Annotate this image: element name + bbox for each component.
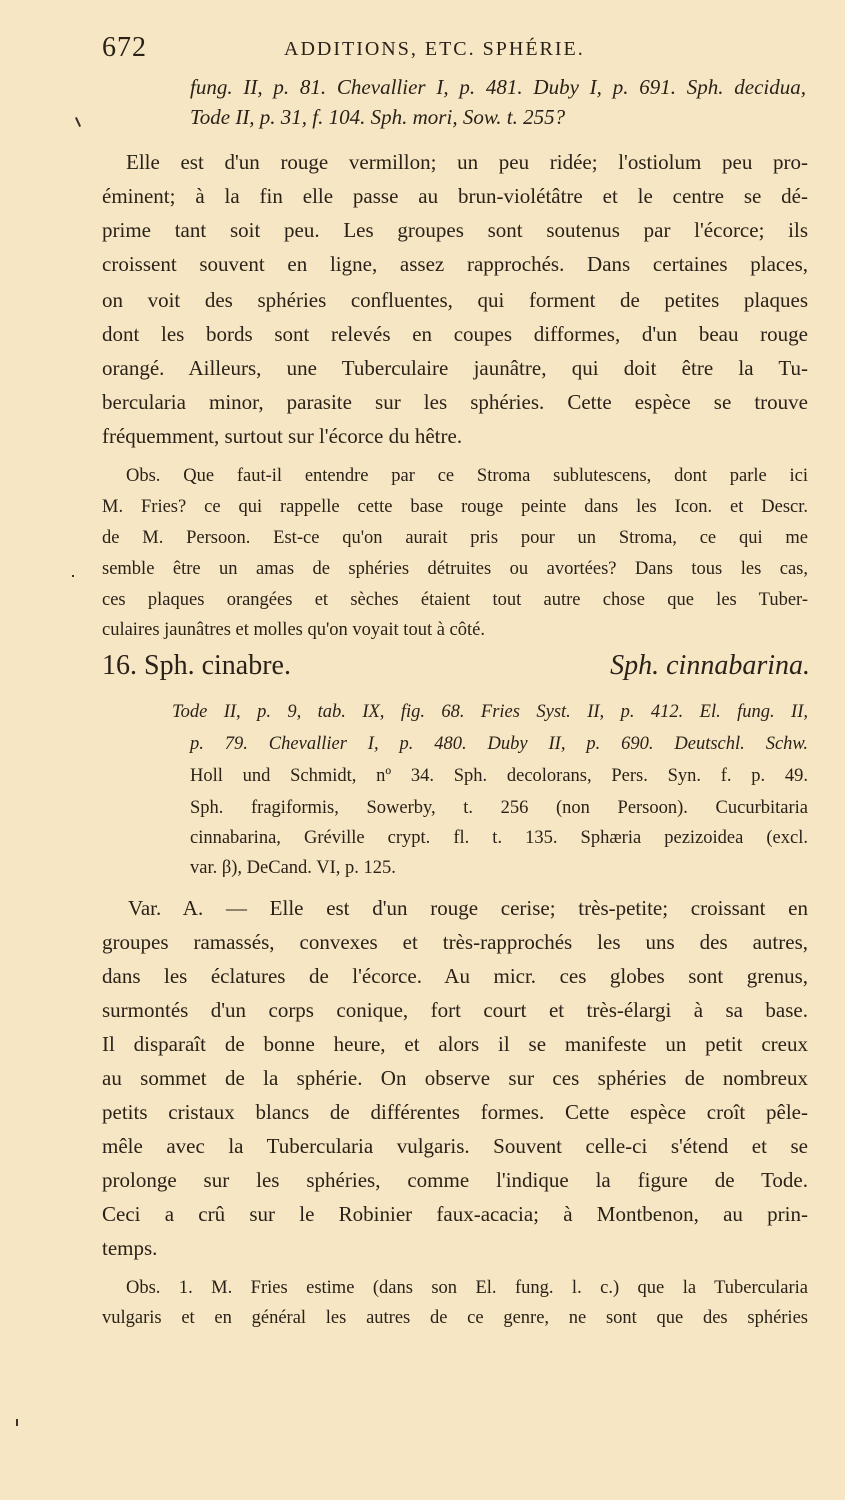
observation-line: vulgaris et en général les autres de ce …: [102, 1308, 808, 1329]
print-mark: [72, 575, 74, 577]
variety-line: au sommet de la sphérie. On observe sur …: [102, 1066, 808, 1091]
variety-line: temps.: [102, 1236, 157, 1261]
species-heading-latin: Sph. cinnabarina.: [610, 650, 810, 682]
page-number: 672: [102, 32, 147, 64]
citation-line: Sph. fragiformis, Sowerby, t. 256 (non P…: [190, 798, 808, 819]
paragraph-line: fréquemment, surtout sur l'écorce du hêt…: [102, 424, 462, 449]
book-page: 672 ADDITIONS, ETC. SPHÉRIE. fung. II, p…: [0, 0, 845, 1500]
paragraph-line: orangé. Ailleurs, une Tuberculaire jaunâ…: [102, 356, 808, 381]
citation-line: p. 79. Chevallier I, p. 480. Duby II, p.…: [190, 734, 808, 755]
observation-line: ces plaques orangées et sèches étaient t…: [102, 590, 808, 611]
citation-line: var. β), DeCand. VI, p. 125.: [190, 858, 396, 879]
observation-line: culaires jaunâtres et molles qu'on voyai…: [102, 620, 485, 641]
paragraph-line: bercularia minor, parasite sur les sphér…: [102, 390, 808, 415]
citation-line: Tode II, p. 9, tab. IX, fig. 68. Fries S…: [172, 702, 808, 723]
citation-line: Tode II, p. 31, f. 104. Sph. mori, Sow. …: [190, 105, 565, 130]
observation-line: de M. Persoon. Est-ce qu'on aurait pris …: [102, 528, 808, 549]
variety-line: prolonge sur les sphéries, comme l'indiq…: [102, 1168, 808, 1193]
observation-line: Obs. 1. M. Fries estime (dans son El. fu…: [126, 1278, 808, 1299]
observation-line: semble être un amas de sphéries détruite…: [102, 559, 808, 580]
variety-line: petits cristaux blancs de différentes fo…: [102, 1100, 808, 1125]
variety-line: surmontés d'un corps conique, fort court…: [102, 998, 808, 1023]
paragraph-line: croissent souvent en ligne, assez rappro…: [102, 252, 808, 277]
citation-line: Holl und Schmidt, nº 34. Sph. decolorans…: [190, 766, 808, 787]
running-title: ADDITIONS, ETC. SPHÉRIE.: [284, 38, 585, 61]
variety-line: Il disparaît de bonne heure, et alors il…: [102, 1032, 808, 1057]
species-heading-french: 16. Sph. cinabre.: [102, 650, 291, 682]
paragraph-line: on voit des sphéries confluentes, qui fo…: [102, 288, 808, 313]
variety-line: mêle avec la Tubercularia vulgaris. Souv…: [102, 1134, 808, 1159]
citation-line: fung. II, p. 81. Chevallier I, p. 481. D…: [190, 75, 806, 100]
observation-line: M. Fries? ce qui rappelle cette base rou…: [102, 497, 808, 518]
observation-line: Obs. Que faut-il entendre par ce Stroma …: [126, 466, 808, 487]
paragraph-line: Elle est d'un rouge vermillon; un peu ri…: [126, 150, 808, 175]
print-mark: [75, 117, 81, 127]
variety-line: Var. A. — Elle est d'un rouge cerise; tr…: [128, 896, 808, 921]
page-header: 672 ADDITIONS, ETC. SPHÉRIE.: [102, 32, 812, 72]
variety-line: dans les éclatures de l'écorce. Au micr.…: [102, 964, 808, 989]
variety-line: Ceci a crû sur le Robinier faux-acacia; …: [102, 1202, 808, 1227]
paragraph-line: éminent; à la fin elle passe au brun-vio…: [102, 184, 808, 209]
citation-line: cinnabarina, Gréville crypt. fl. t. 135.…: [190, 828, 808, 849]
paragraph-line: prime tant soit peu. Les groupes sont so…: [102, 218, 808, 243]
paragraph-line: dont les bords sont relevés en coupes di…: [102, 322, 808, 347]
variety-line: groupes ramassés, convexes et très-rappr…: [102, 930, 808, 955]
print-mark: [16, 1419, 18, 1426]
